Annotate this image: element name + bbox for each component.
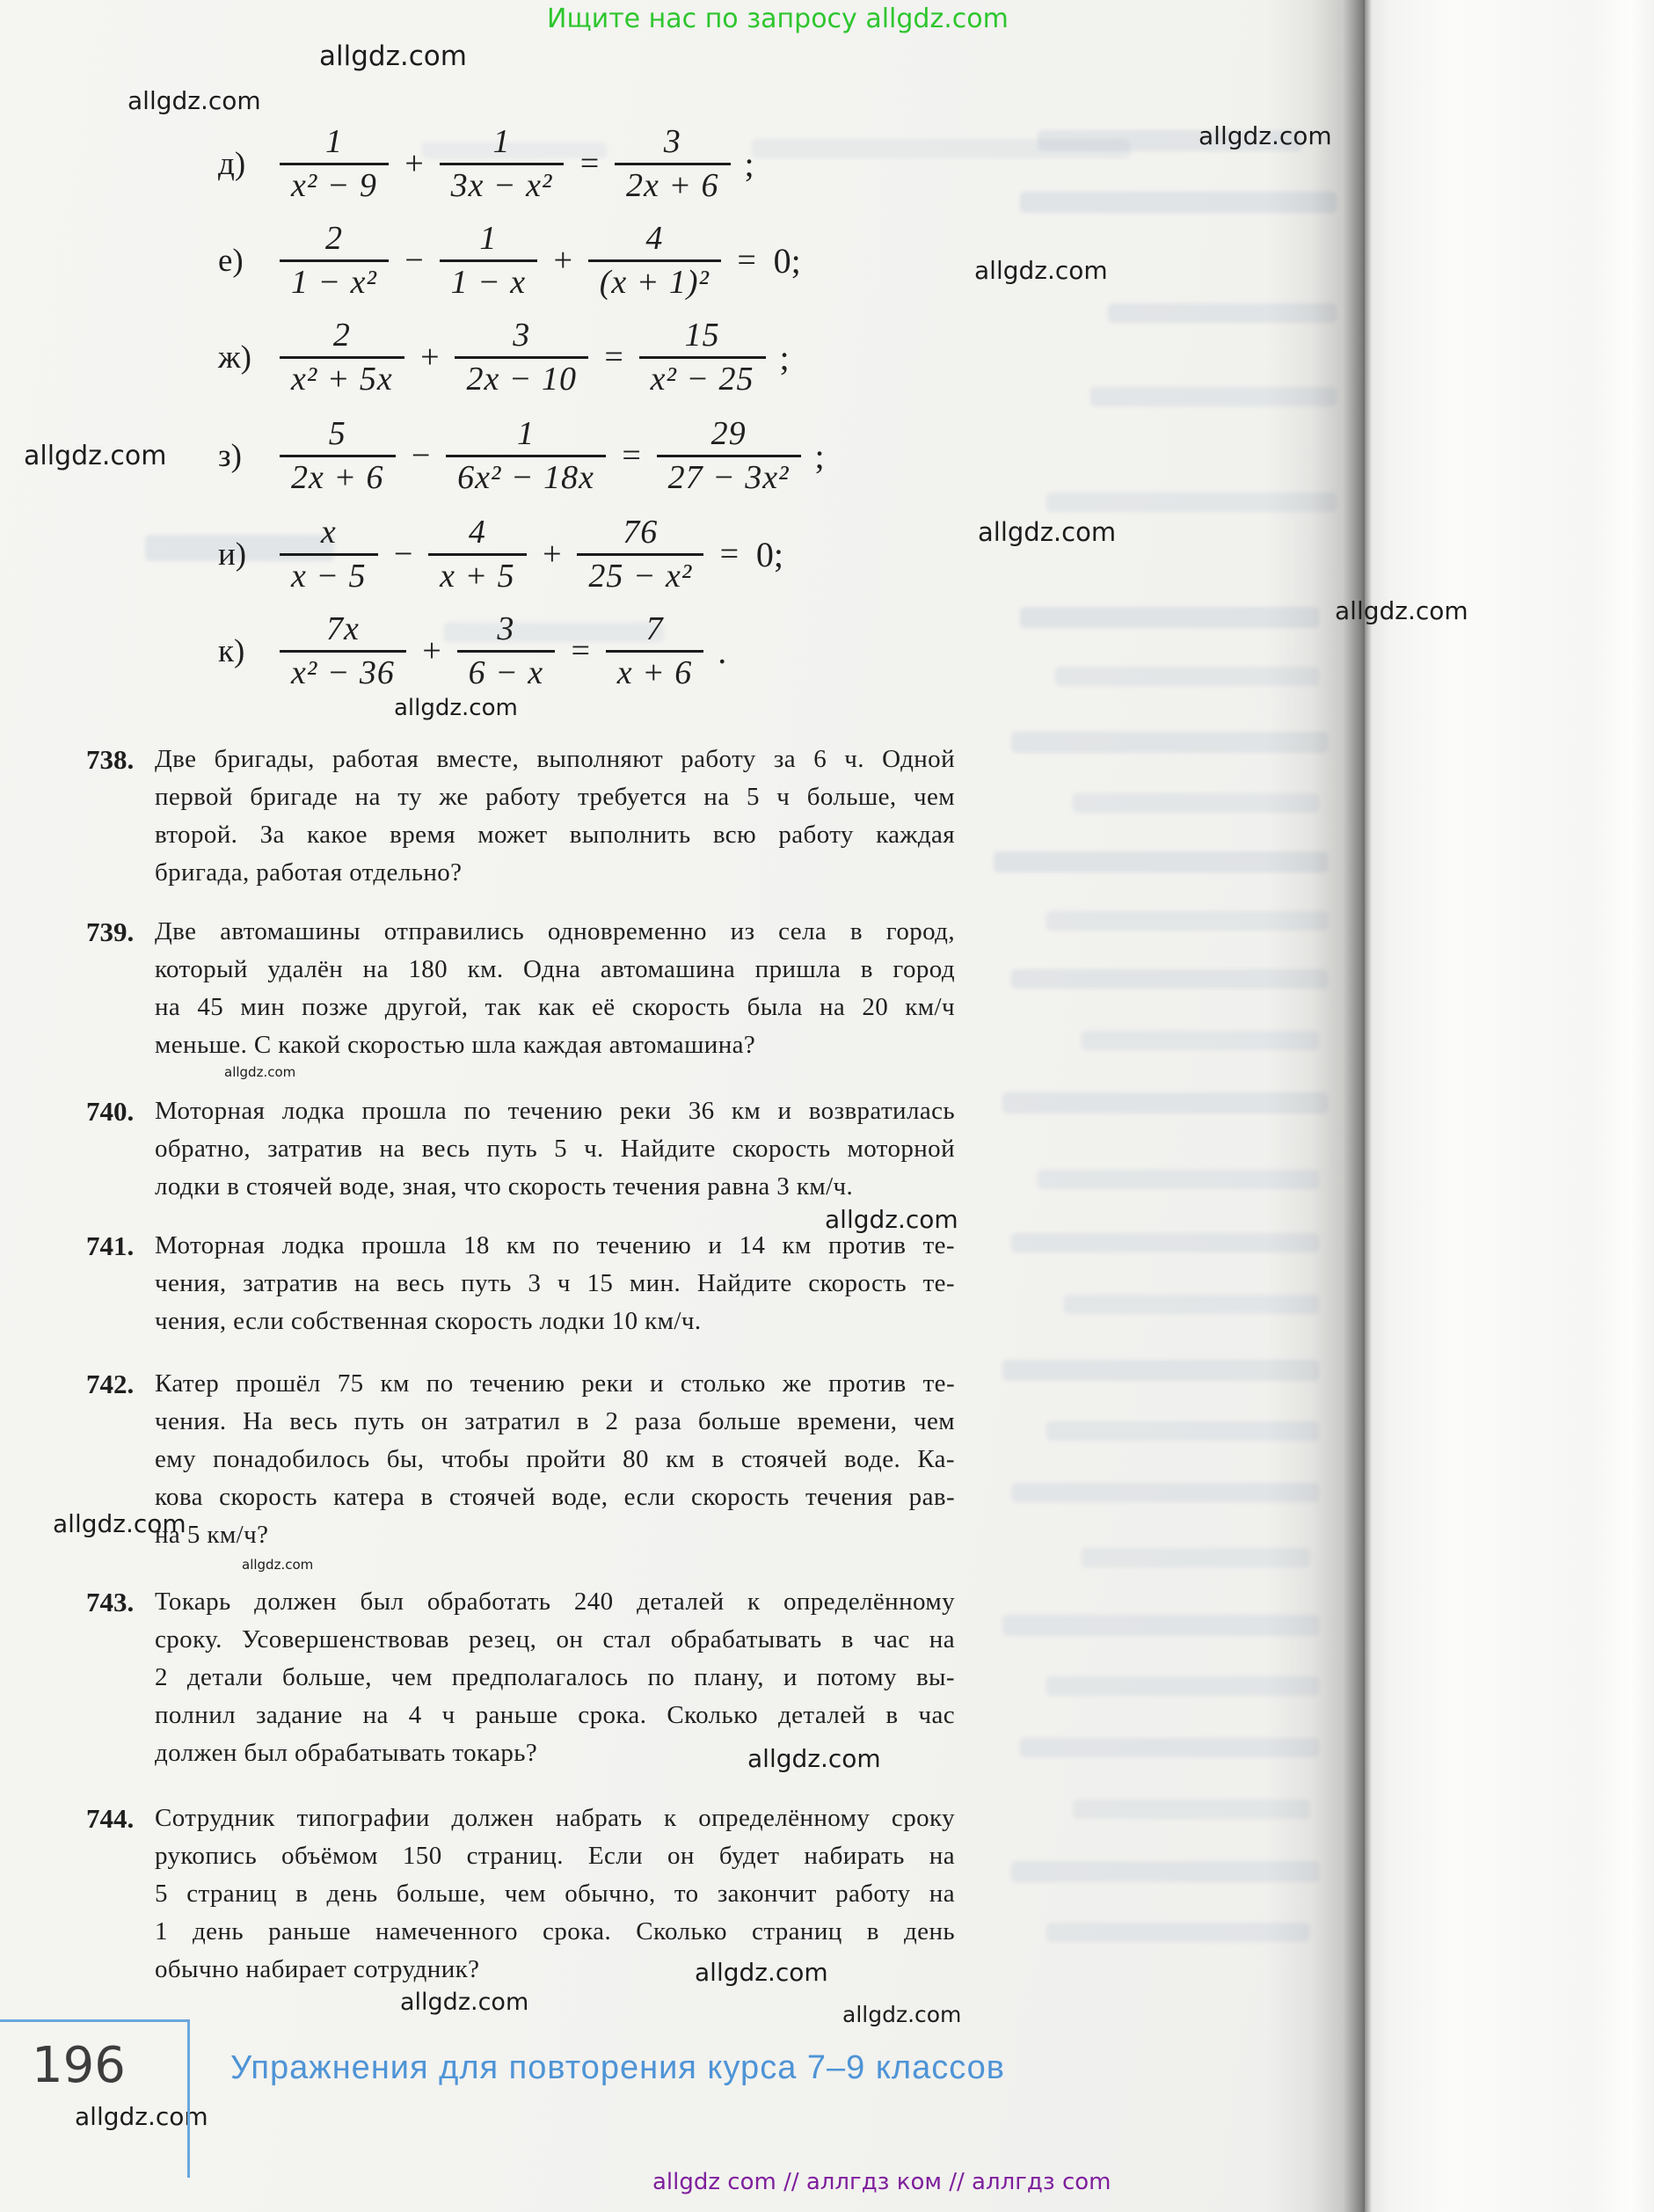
fraction-numerator: 7x <box>315 610 371 650</box>
fraction-denominator: 1 − x <box>440 259 538 302</box>
watermark-allgdz: allgdz.com <box>53 1509 186 1538</box>
math-operator: + <box>419 631 445 670</box>
watermark-allgdz: allgdz.com <box>319 40 467 72</box>
problem-text-line: обратно, затратив на весь путь 5 ч. Найд… <box>155 1130 955 1168</box>
fraction-denominator: 27 − 3x² <box>657 455 801 497</box>
fraction: 21 − x² <box>280 220 389 301</box>
fraction: 36 − x <box>457 610 556 691</box>
fraction-denominator: 2x + 6 <box>615 163 731 205</box>
problem-text-line: на 45 мин позже другой, так как её скоро… <box>155 989 955 1026</box>
problem-text-line: ему понадобилось бы, чтобы пройти 80 км … <box>155 1441 955 1478</box>
problem-text-line: обычно набирает сотрудник? <box>155 1951 955 1989</box>
problem-text-line: сроку. Усовершенствовав резец, он стал о… <box>155 1621 955 1659</box>
problem-text-line: второй. За какое время может выполнить в… <box>155 816 955 854</box>
math-operator: = <box>601 338 627 376</box>
word-problem: 742.Катер прошёл 75 км по течению реки и… <box>86 1365 955 1554</box>
problem-number: 741. <box>86 1227 134 1265</box>
watermark-allgdz: allgdz.com <box>978 517 1116 547</box>
math-operator: = <box>733 241 760 280</box>
equation-item-label: ж) <box>218 339 267 376</box>
fraction-denominator: x² − 25 <box>639 356 766 398</box>
word-problem: 741.Моторная лодка прошла 18 км по течен… <box>86 1227 955 1340</box>
equation-tail: ; <box>813 435 825 477</box>
problem-number: 740. <box>86 1092 134 1130</box>
fraction-numerator: 1 <box>506 415 546 455</box>
fraction: 7xx² − 36 <box>280 610 406 691</box>
watermark-allgdz: allgdz.com <box>825 1205 958 1234</box>
math-operator: = <box>567 631 594 670</box>
equation-row: и)xx − 5−4x + 5+7625 − x²=0; <box>218 514 783 595</box>
fraction: 32x + 6 <box>615 123 731 204</box>
fraction: xx − 5 <box>280 514 378 595</box>
fraction-denominator: x² − 36 <box>280 650 406 692</box>
problem-text-line: кова скорость катера в стоячей воде, есл… <box>155 1478 955 1516</box>
fraction: 4x + 5 <box>428 514 527 595</box>
promo-banner-bottom: allgdz com // аллгдз ком // аллгдз com <box>652 2169 1111 2195</box>
book-spine-shadow <box>1266 0 1365 2212</box>
equation-item-label: к) <box>218 632 267 670</box>
word-problem: 739.Две автомашины отправились одновреме… <box>86 913 955 1064</box>
fraction: 1x² − 9 <box>280 123 389 204</box>
fraction-numerator: 3 <box>652 123 693 163</box>
fraction-numerator: 2 <box>322 317 362 356</box>
problem-text-line: 2 детали больше, чем предполагалось по п… <box>155 1659 955 1697</box>
problem-text-line: чения, затратив на весь путь 3 ч 15 мин.… <box>155 1265 955 1303</box>
problem-text-line: Сотрудник типографии должен набрать к оп… <box>155 1800 955 1837</box>
fraction-numerator: 4 <box>634 220 674 259</box>
equation-row: к)7xx² − 36+36 − x=7x + 6. <box>218 610 726 691</box>
promo-banner-top: Ищите нас по запросу allgdz.com <box>547 4 1009 34</box>
fraction: 16x² − 18x <box>446 415 606 496</box>
equation-item-label: е) <box>218 242 267 280</box>
problem-text-line: на 5 км/ч? <box>155 1516 955 1554</box>
fraction-denominator: x + 5 <box>428 553 527 595</box>
problem-text-line: чения, если собственная скорость лодки 1… <box>155 1303 955 1340</box>
watermark-allgdz: allgdz.com <box>695 1958 828 1987</box>
fraction-denominator: x² − 9 <box>280 163 389 205</box>
fraction: 13x − x² <box>440 123 565 204</box>
footer-frame-vertical-rule <box>187 2019 190 2178</box>
watermark-allgdz: allgdz.com <box>394 695 518 721</box>
watermark-allgdz: allgdz.com <box>224 1064 295 1080</box>
fraction-denominator: 2x − 10 <box>455 356 588 398</box>
fraction: 7x + 6 <box>606 610 704 691</box>
math-operator: + <box>401 144 427 183</box>
watermark-allgdz: allgdz.com <box>1335 596 1468 625</box>
equation-item-label: и) <box>218 536 267 573</box>
fraction-denominator: 25 − x² <box>577 553 703 595</box>
fraction-denominator: (x + 1)² <box>588 259 721 302</box>
watermark-allgdz: allgdz.com <box>400 1989 528 2016</box>
equation-tail: 0; <box>772 240 801 281</box>
problem-text-line: 5 страниц в день больше, чем обычно, то … <box>155 1875 955 1913</box>
fraction-numerator: 1 <box>314 123 354 163</box>
fraction-denominator: 3x − x² <box>440 163 565 205</box>
problem-number: 744. <box>86 1800 134 1837</box>
watermark-allgdz: allgdz.com <box>974 256 1108 285</box>
problem-text-line: 1 день раньше намеченного срока. Сколько… <box>155 1913 955 1951</box>
fraction-numerator: 3 <box>501 317 542 356</box>
fraction: 52x + 6 <box>280 415 396 496</box>
equation-tail: ; <box>778 337 790 378</box>
watermark-allgdz: allgdz.com <box>24 441 167 471</box>
problem-text-line: первой бригаде на ту же работу требуется… <box>155 778 955 816</box>
fraction-numerator: 1 <box>468 220 508 259</box>
math-operator: = <box>576 144 602 183</box>
problem-text-line: Две бригады, работая вместе, выполняют р… <box>155 741 955 778</box>
fraction-numerator: 76 <box>611 514 669 553</box>
fraction: 15x² − 25 <box>639 317 766 398</box>
fraction-denominator: x + 6 <box>606 650 704 692</box>
problem-text-line: чения. На весь путь он затратил в 2 раза… <box>155 1403 955 1441</box>
fraction: 7625 − x² <box>577 514 703 595</box>
math-operator: − <box>408 436 434 475</box>
fraction-denominator: x² + 5x <box>280 356 404 398</box>
fraction: 2927 − 3x² <box>657 415 801 496</box>
problem-text-line: Моторная лодка прошла по течению реки 36… <box>155 1092 955 1130</box>
word-problem: 738.Две бригады, работая вместе, выполня… <box>86 741 955 892</box>
next-page-edge <box>1365 0 1654 2212</box>
fraction-numerator: 7 <box>634 610 674 650</box>
footer-section-title: Упражнения для повторения курса 7–9 клас… <box>230 2049 1005 2087</box>
equation-tail: 0; <box>754 534 783 575</box>
equation-row: д)1x² − 9+13x − x²=32x + 6; <box>218 123 754 204</box>
fraction-numerator: x <box>310 514 348 553</box>
math-operator: + <box>417 338 443 376</box>
watermark-allgdz: allgdz.com <box>842 2002 961 2027</box>
watermark-allgdz: allgdz.com <box>242 1557 313 1573</box>
problem-number: 742. <box>86 1365 134 1403</box>
equation-row: з)52x + 6−16x² − 18x=2927 − 3x²; <box>218 415 825 496</box>
fraction-numerator: 15 <box>674 317 732 356</box>
fraction-denominator: 6x² − 18x <box>446 455 606 497</box>
watermark-allgdz: allgdz.com <box>128 86 261 115</box>
equation-tail: . <box>716 631 726 672</box>
math-operator: + <box>539 535 565 573</box>
problem-text-line: меньше. С какой скоростью шла каждая авт… <box>155 1026 955 1064</box>
fraction-numerator: 4 <box>457 514 498 553</box>
fraction-numerator: 3 <box>485 610 526 650</box>
fraction-denominator: x − 5 <box>280 553 378 595</box>
problem-text-line: бригада, работая отдельно? <box>155 854 955 892</box>
fraction-denominator: 2x + 6 <box>280 455 396 497</box>
math-operator: − <box>401 241 427 280</box>
math-operator: + <box>550 241 576 280</box>
problem-text-line: который удалён на 180 км. Одна автомашин… <box>155 951 955 989</box>
fraction: 32x − 10 <box>455 317 588 398</box>
fraction: 2x² + 5x <box>280 317 404 398</box>
equation-item-label: д) <box>218 145 267 183</box>
fraction: 4(x + 1)² <box>588 220 721 301</box>
word-problem: 740.Моторная лодка прошла по течению рек… <box>86 1092 955 1206</box>
fraction-denominator: 6 − x <box>457 650 556 692</box>
equation-tail: ; <box>743 143 754 185</box>
equation-item-label: з) <box>218 437 267 475</box>
math-operator: = <box>618 436 645 475</box>
math-operator: = <box>716 535 742 573</box>
problem-number: 743. <box>86 1583 134 1621</box>
problem-text-line: лодки в стоячей воде, зная, что скорость… <box>155 1168 955 1206</box>
problem-text-line: Токарь должен был обработать 240 деталей… <box>155 1583 955 1621</box>
fraction-numerator: 1 <box>481 123 521 163</box>
problem-text-line: рукопись объёмом 150 страниц. Если он бу… <box>155 1837 955 1875</box>
scanned-textbook-page: Ищите нас по запросу allgdz.com д)1x² − … <box>0 0 1654 2212</box>
footer-frame-horizontal-rule <box>0 2019 187 2022</box>
math-operator: − <box>390 535 417 573</box>
problem-text-line: Катер прошёл 75 км по течению реки и сто… <box>155 1365 955 1403</box>
equation-row: ж)2x² + 5x+32x − 10=15x² − 25; <box>218 317 790 398</box>
fraction-numerator: 2 <box>314 220 354 259</box>
fraction: 11 − x <box>440 220 538 301</box>
fraction-numerator: 5 <box>317 415 358 455</box>
watermark-allgdz: allgdz.com <box>747 1744 881 1773</box>
fraction-numerator: 29 <box>700 415 758 455</box>
watermark-allgdz: allgdz.com <box>1199 121 1332 150</box>
page-number: 196 <box>32 2037 126 2094</box>
fraction-denominator: 1 − x² <box>280 259 389 302</box>
problem-number: 738. <box>86 741 134 778</box>
problem-number: 739. <box>86 913 134 951</box>
equation-row: е)21 − x²−11 − x+4(x + 1)²=0; <box>218 220 801 301</box>
problem-text-line: Две автомашины отправились одновременно … <box>155 913 955 951</box>
problem-text-line: полнил задание на 4 ч раньше срока. Скол… <box>155 1697 955 1734</box>
